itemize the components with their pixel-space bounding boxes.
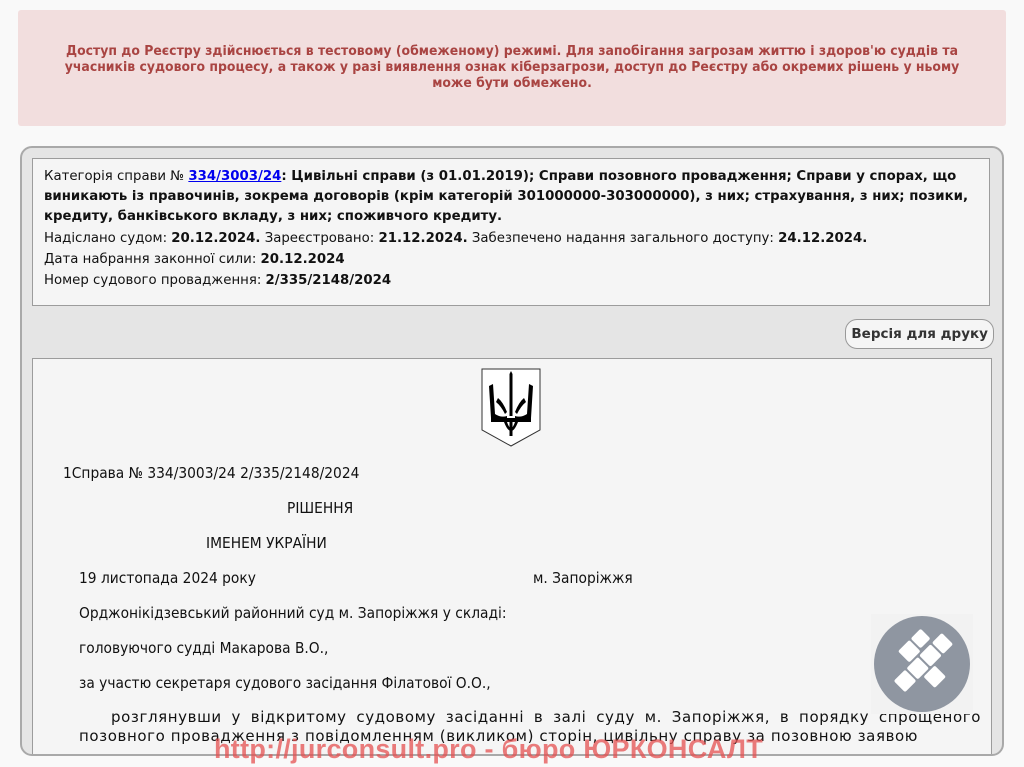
court-secretary: за участю секретаря судового засідання Ф… [79,674,491,692]
registered-label: Зареєстровано: [260,231,378,246]
proceeding-label: Номер судового провадження: [44,273,266,288]
case-number-line: 1Справа № 334/3003/24 2/335/2148/2024 [63,464,359,482]
sent-label: Надіслано судом: [44,231,171,246]
decision-city: м. Запоріжжя [533,569,633,587]
proceeding-number: 2/335/2148/2024 [266,273,392,288]
puzzle-logo-icon [871,614,973,714]
public-access-label: Забезпечено надання загального доступу: [468,231,779,246]
sent-date: 20.12.2024. [171,231,260,246]
decision-date: 19 листопада 2024 року [79,569,256,587]
presiding-judge: головуючого судді Макарова В.О., [79,639,328,657]
effective-date: 20.12.2024 [261,252,345,267]
registry-notice: Доступ до Реєстру здійснюється в тестово… [18,10,1006,126]
public-access-date: 24.12.2024. [778,231,867,246]
dates-row: Надіслано судом: 20.12.2024. Зареєстрова… [44,228,978,249]
court-composition: Орджонікідзевський районний суд м. Запор… [79,604,507,622]
watermark-text: http://jurconsult.pro - бюро ЮРКОНСАЛТ [214,734,763,765]
proceeding-row: Номер судового провадження: 2/335/2148/2… [44,270,978,291]
effective-label: Дата набрання законної сили: [44,252,261,267]
case-number-link[interactable]: 334/3003/24 [188,169,281,184]
registered-date: 21.12.2024. [378,231,467,246]
category-label: Категорія справи № [44,169,188,184]
trident-icon [481,368,541,448]
effective-date-row: Дата набрання законної сили: 20.12.2024 [44,249,978,270]
decision-subtitle: ІМЕНЕМ УКРАЇНИ [206,534,327,552]
decision-title: РІШЕННЯ [287,499,353,517]
case-info-box: Категорія справи № 334/3003/24: Цивільні… [32,158,990,306]
print-version-button[interactable]: Версія для друку [845,319,994,349]
decision-document: 1Справа № 334/3003/24 2/335/2148/2024 РІ… [32,358,992,756]
decision-panel: Категорія справи № 334/3003/24: Цивільні… [20,146,1004,756]
case-category: Категорія справи № 334/3003/24: Цивільні… [44,167,978,227]
notice-text: Доступ до Реєстру здійснюється в тестово… [53,44,972,92]
